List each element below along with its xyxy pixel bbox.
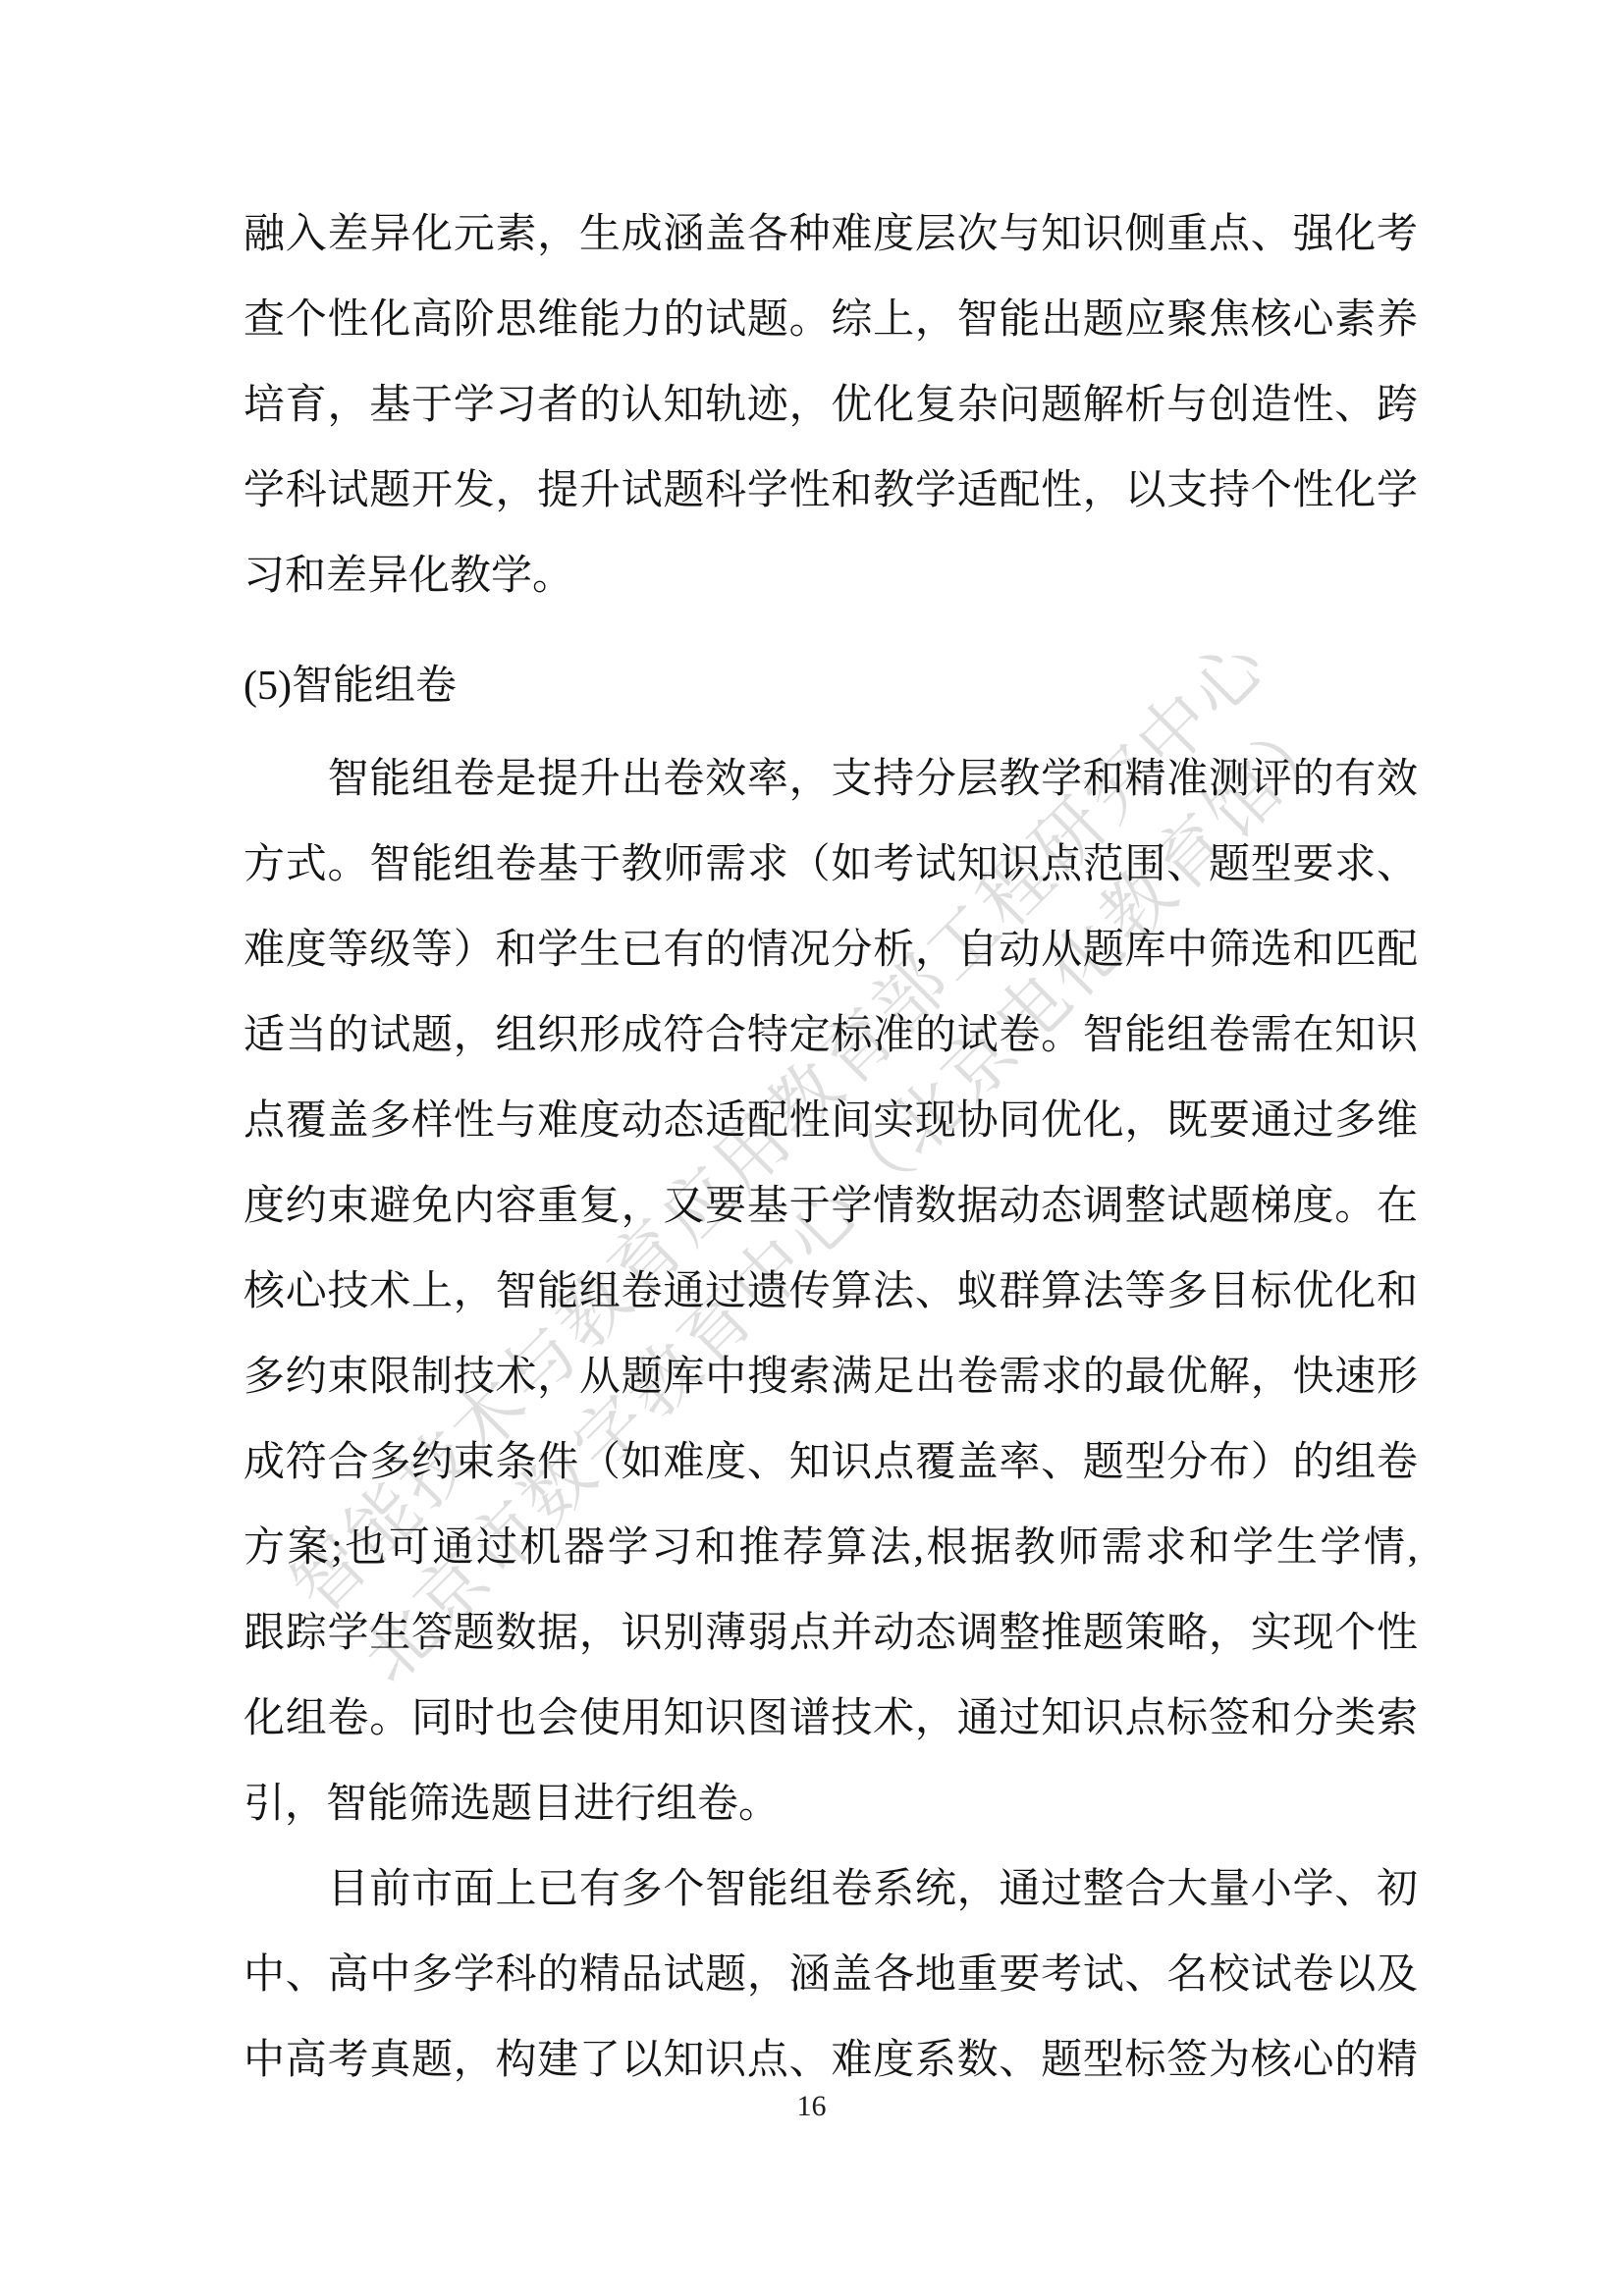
text-line: 引，智能筛选题目进行组卷。 — [243, 1762, 1418, 1847]
paragraph-3: 目前市面上已有多个智能组卷系统，通过整合大量小学、初中、高中多学科的精品试题，涵… — [243, 1847, 1418, 2104]
text-line: 化组卷。同时也会使用知识图谱技术，通过知识点标签和分类索 — [243, 1677, 1418, 1762]
text-line: 成符合多约束条件（如难度、知识点覆盖率、题型分布）的组卷 — [243, 1420, 1418, 1506]
text-line: 方式。智能组卷基于教师需求（如考试知识点范围、题型要求、 — [243, 823, 1418, 908]
text-line: 难度等级等）和学生已有的情况分析，自动从题库中筛选和匹配 — [243, 908, 1418, 993]
text-line: 度约束避免内容重复，又要基于学情数据动态调整试题梯度。在 — [243, 1164, 1418, 1250]
text-line: 培育，基于学习者的认知轨迹，优化复杂问题解析与创造性、跨 — [243, 363, 1418, 449]
text-line: 习和差异化教学。 — [243, 534, 1418, 619]
text-line: 点覆盖多样性与难度动态适配性间实现协同优化，既要通过多维 — [243, 1079, 1418, 1164]
section-heading: (5)智能组卷 — [243, 644, 1418, 729]
text-line: 查个性化高阶思维能力的试题。综上，智能出题应聚焦核心素养 — [243, 278, 1418, 363]
text-line: 多约束限制技术，从题库中搜索满足出卷需求的最优解，快速形 — [243, 1335, 1418, 1420]
text-line: 跟踪学生答题数据，识别薄弱点并动态调整推题策略，实现个性 — [243, 1591, 1418, 1677]
text-line: 核心技术上，智能组卷通过遗传算法、蚁群算法等多目标优化和 — [243, 1250, 1418, 1335]
page-number: 16 — [0, 2087, 1623, 2126]
text-line: 目前市面上已有多个智能组卷系统，通过整合大量小学、初 — [243, 1847, 1418, 1933]
paragraph-1: 融入差异化元素，生成涵盖各种难度层次与知识侧重点、强化考查个性化高阶思维能力的试… — [243, 192, 1418, 619]
text-line: 方案;也可通过机器学习和推荐算法,根据教师需求和学生学情, — [243, 1506, 1418, 1591]
text-line: 融入差异化元素，生成涵盖各种难度层次与知识侧重点、强化考 — [243, 192, 1418, 278]
text-line: 智能组卷是提升出卷效率，支持分层教学和精准测评的有效 — [243, 737, 1418, 823]
text-line: 学科试题开发，提升试题科学性和教学适配性，以支持个性化学 — [243, 449, 1418, 534]
page-content: 融入差异化元素，生成涵盖各种难度层次与知识侧重点、强化考查个性化高阶思维能力的试… — [243, 192, 1418, 2104]
document-page: 智能技术与教育应用教育部工程研究中心 北京市数字教育中心（北京电化教育馆） 融入… — [0, 0, 1623, 2296]
text-line: 适当的试题，组织形成符合特定标准的试卷。智能组卷需在知识 — [243, 993, 1418, 1079]
text-line: 中、高中多学科的精品试题，涵盖各地重要考试、名校试卷以及 — [243, 1933, 1418, 2018]
paragraph-2: 智能组卷是提升出卷效率，支持分层教学和精准测评的有效方式。智能组卷基于教师需求（… — [243, 737, 1418, 1847]
